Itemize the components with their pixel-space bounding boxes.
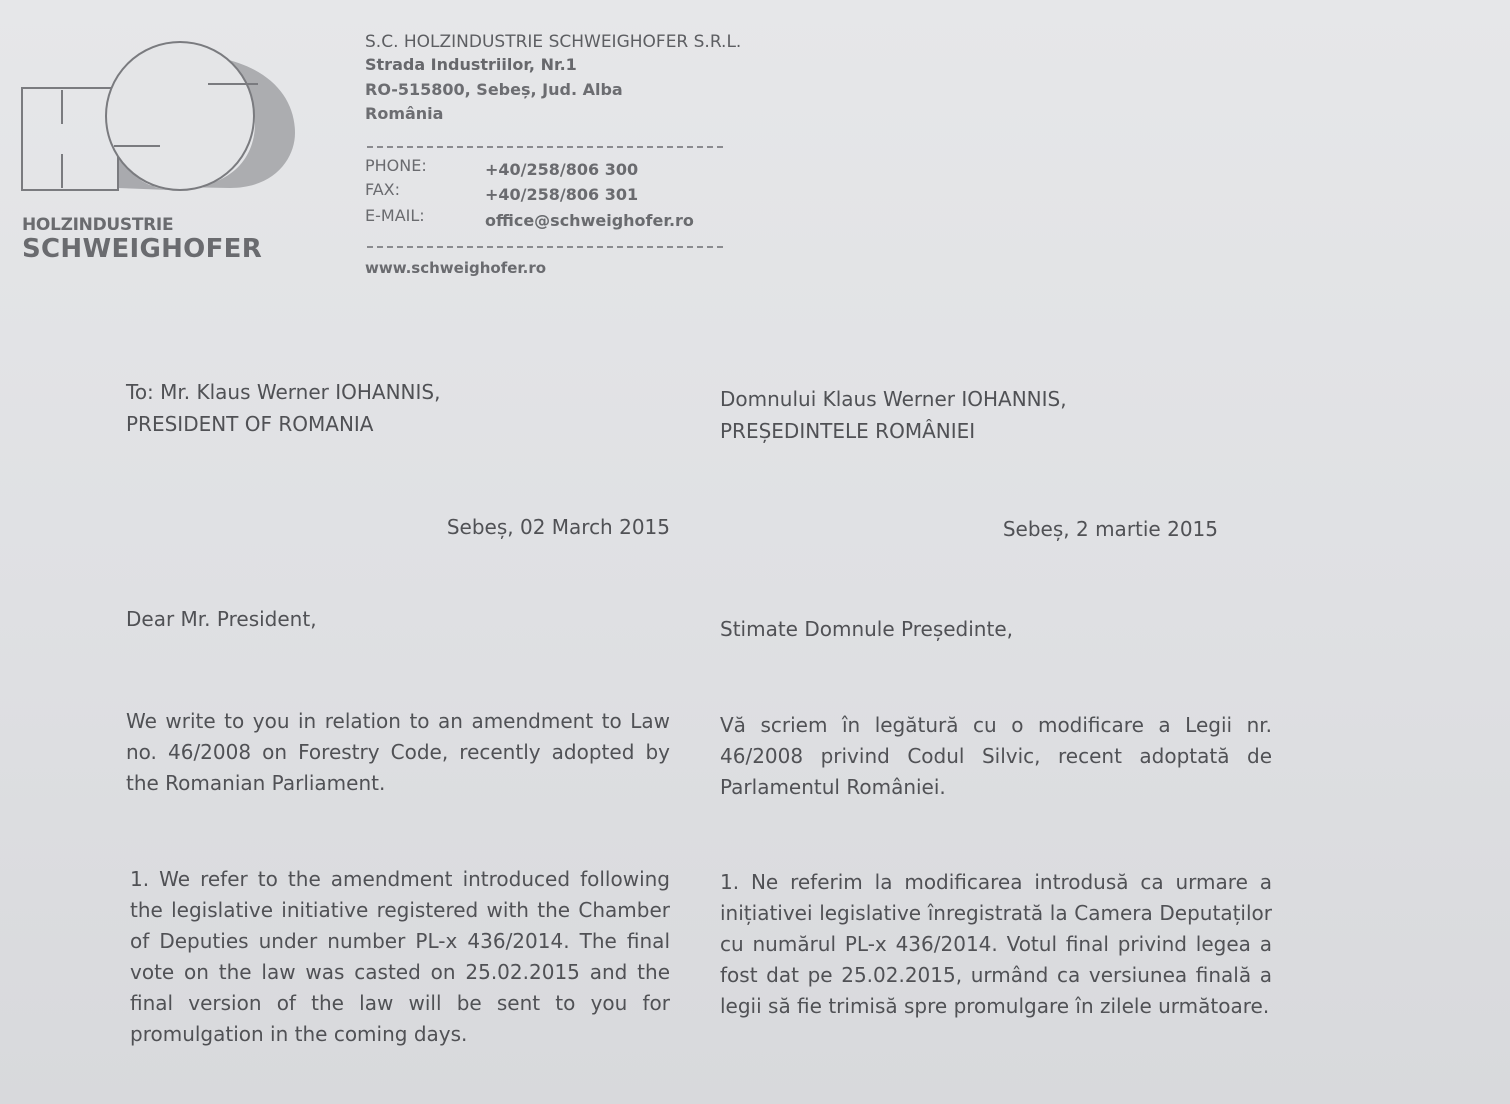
- company-street: Strada Industriilor, Nr.1: [365, 55, 577, 74]
- divider: [367, 246, 723, 248]
- company-name: S.C. HOLZINDUSTRIE SCHWEIGHOFER S.R.L.: [365, 32, 741, 52]
- phone-label: PHONE:: [365, 156, 427, 175]
- paragraph-1-ro: 1. Ne referim la modificarea introdusă c…: [720, 867, 1272, 1022]
- hs-monogram-logo-icon: [20, 38, 300, 198]
- paragraph-intro-ro: Vă scriem în legătură cu o modificare a …: [720, 710, 1272, 803]
- salutation-en: Dear Mr. President,: [126, 604, 670, 635]
- recipient-name-en: To: Mr. Klaus Werner IOHANNIS,: [126, 376, 670, 408]
- email-value: office@schweighofer.ro: [485, 211, 694, 230]
- company-country: România: [365, 104, 443, 123]
- date-ro: Sebeș, 2 martie 2015: [720, 514, 1218, 545]
- date-en: Sebeș, 02 March 2015: [126, 512, 670, 543]
- email-label: E-MAIL:: [365, 206, 425, 225]
- recipient-title-ro: PREȘEDINTELE ROMÂNIEI: [720, 415, 1272, 447]
- company-website: www.schweighofer.ro: [365, 259, 546, 277]
- fax-value: +40/258/806 301: [485, 185, 638, 204]
- paragraph-1-en: 1. We refer to the amendment introduced …: [130, 864, 670, 1050]
- divider: [367, 146, 723, 148]
- recipient-en: To: Mr. Klaus Werner IOHANNIS, PRESIDENT…: [126, 376, 670, 440]
- salutation-ro: Stimate Domnule Președinte,: [720, 614, 1272, 645]
- recipient-ro: Domnului Klaus Werner IOHANNIS, PREȘEDIN…: [720, 383, 1272, 447]
- fax-label: FAX:: [365, 180, 400, 199]
- company-city: RO-515800, Sebeș, Jud. Alba: [365, 80, 623, 99]
- recipient-title-en: PRESIDENT OF ROMANIA: [126, 408, 670, 440]
- logo-wordmark-bottom: SCHWEIGHOFER: [22, 234, 262, 264]
- logo-wordmark-top: HOLZINDUSTRIE: [22, 215, 173, 235]
- recipient-name-ro: Domnului Klaus Werner IOHANNIS,: [720, 383, 1272, 415]
- paragraph-intro-en: We write to you in relation to an amendm…: [126, 706, 670, 799]
- phone-value: +40/258/806 300: [485, 160, 638, 179]
